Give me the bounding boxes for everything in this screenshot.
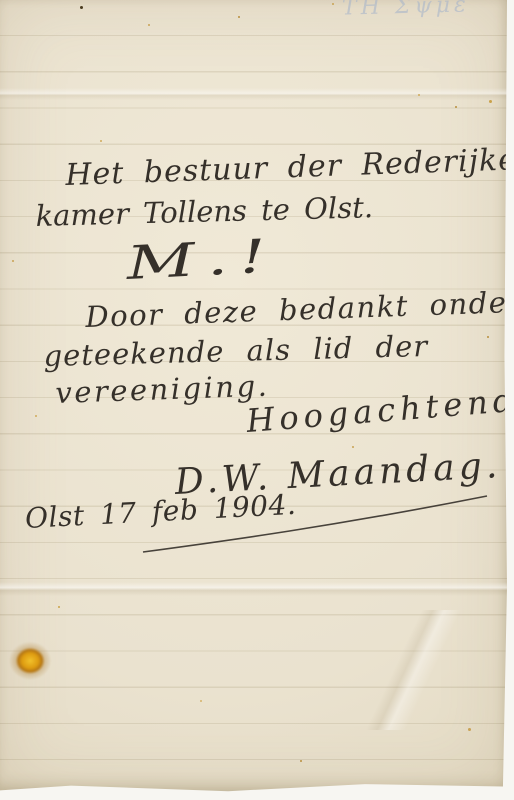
foxing-speck — [148, 24, 150, 26]
foxing-speck — [489, 100, 492, 103]
greeting-line: M.! — [125, 228, 279, 290]
heading-line-2: kamer Tollens te Olst. — [35, 190, 373, 233]
foxing-speck — [238, 16, 240, 18]
foxing-speck — [35, 415, 37, 417]
body-line-2: geteekende als lid der — [43, 329, 428, 373]
foxing-speck — [352, 446, 354, 448]
fold-crease-bottom — [0, 582, 507, 596]
foxing-speck — [12, 260, 14, 262]
foxing-speck — [80, 6, 83, 9]
foxing-speck — [58, 606, 60, 608]
amber-stain — [9, 640, 55, 680]
foxing-speck — [332, 3, 334, 5]
foxing-speck — [100, 140, 102, 142]
letter-paper: TH Σψμε Het bestuur der Rederijkers kame… — [0, 0, 507, 792]
pencil-annotation: TH Σψμε — [342, 0, 470, 21]
body-line-1: Door deze bedankt onder, — [85, 284, 514, 334]
body-line-3: vereeniging. — [55, 369, 270, 410]
heading-line-1: Het bestuur der Rederijkers — [65, 141, 514, 193]
foxing-speck — [300, 760, 302, 762]
foxing-speck — [487, 336, 489, 338]
date-line: Olst 17 feb 1904. — [24, 488, 297, 535]
fold-crease-top — [0, 88, 507, 100]
foxing-speck — [200, 700, 202, 702]
foxing-speck — [418, 94, 420, 96]
foxing-speck — [468, 728, 471, 731]
closing-line: Hoogachtend — [245, 381, 514, 440]
foxing-speck — [455, 106, 457, 108]
corner-crease — [290, 610, 514, 730]
